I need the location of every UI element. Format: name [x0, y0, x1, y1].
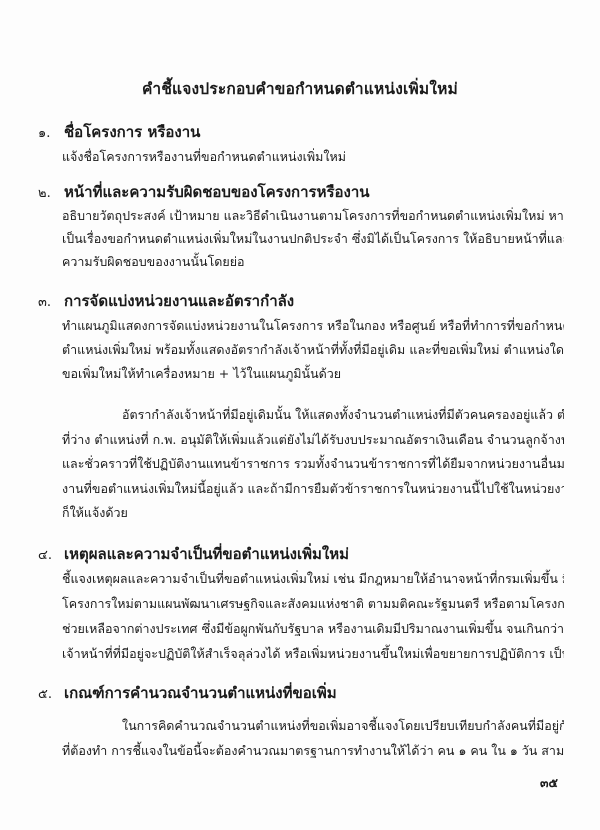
paragraph-line: เจ้าหน้าที่ที่มีอยู่จะปฏิบัติให้สำเร็จลุ… [62, 644, 564, 664]
paragraph-line: ชี้แจงเหตุผลและความจำเป็นที่ขอตำแหน่งเพิ… [62, 569, 564, 589]
paragraph-line: ขอเพิ่มใหม่ให้ทำเครื่องหมาย + ไว้ในแผนภู… [62, 364, 564, 384]
page-number: ๓๕ [540, 773, 558, 793]
section-5-heading: ๕.เกณฑ์การคำนวณจำนวนตำแหน่งที่ขอเพิ่ม [38, 681, 337, 705]
paragraph-line: ความรับผิดชอบของงานนั้นโดยย่อ [62, 252, 564, 272]
paragraph-line: แจ้งชื่อโครงการหรืองานที่ขอกำหนดตำแหน่งเ… [62, 147, 564, 167]
paragraph-line: ที่ต้องทำ การชี้แจงในข้อนี้จะต้องคำนวณมา… [62, 741, 564, 761]
section-4-heading: ๔.เหตุผลและความจำเป็นที่ขอตำแหน่งเพิ่มให… [38, 542, 349, 566]
section-1-heading: ๑.ชื่อโครงการ หรืองาน [38, 120, 200, 144]
paragraph-line: ตำแหน่งเพิ่มใหม่ พร้อมทั้งแสดงอัตรากำลัง… [62, 340, 564, 360]
section-number: ๑. [38, 122, 64, 143]
section-2-heading: ๒.หน้าที่และความรับผิดชอบของโครงการหรือง… [38, 180, 370, 204]
paragraph-line: ก็ให้แจ้งด้วย [62, 503, 564, 523]
paragraph-line: ที่ว่าง ตำแหน่งที่ ก.พ. อนุมัติให้เพิ่มแ… [62, 430, 564, 450]
paragraph-line: งานที่ขอตำแหน่งเพิ่มใหม่นี้อยู่แล้ว และถ… [62, 479, 564, 499]
section-title: การจัดแบ่งหน่วยงานและอัตรากำลัง [64, 292, 294, 310]
section-number: ๔. [38, 544, 64, 565]
section-number: ๕. [38, 683, 64, 704]
paragraph-line: ช่วยเหลือจากต่างประเทศ ซึ่งมีข้อผูกพันกั… [62, 619, 564, 639]
section-3-heading: ๓.การจัดแบ่งหน่วยงานและอัตรากำลัง [38, 289, 294, 313]
section-title: เหตุผลและความจำเป็นที่ขอตำแหน่งเพิ่มใหม่ [64, 545, 349, 563]
section-number: ๒. [38, 182, 64, 203]
paragraph-line: อัตรากำลังเจ้าหน้าที่มีอยู่เดิมนั้น ให้แ… [62, 405, 564, 425]
section-title: เกณฑ์การคำนวณจำนวนตำแหน่งที่ขอเพิ่ม [64, 684, 337, 702]
document-title: คำชี้แจงประกอบคำขอกำหนดตำแหน่งเพิ่มใหม่ [0, 76, 600, 101]
paragraph-line: ทำแผนภูมิแสดงการจัดแบ่งหน่วยงานในโครงการ… [62, 316, 564, 336]
section-title: หน้าที่และความรับผิดชอบของโครงการหรืองาน [64, 183, 370, 201]
paragraph-line: ในการคิดคำนวณจำนวนตำแหน่งที่ขอเพิ่มอาจชี… [62, 716, 564, 736]
paragraph-line: โครงการใหม่ตามแผนพัฒนาเศรษฐกิจและสังคมแห… [62, 594, 564, 614]
paragraph-line: และชั่วคราวที่ใช้ปฏิบัติงานแทนข้าราชการ … [62, 454, 564, 474]
paragraph-line: เป็นเรื่องขอกำหนดตำแหน่งเพิ่มใหม่ในงานปก… [62, 229, 564, 249]
document-page: คำชี้แจงประกอบคำขอกำหนดตำแหน่งเพิ่มใหม่ … [0, 0, 600, 830]
section-number: ๓. [38, 291, 64, 312]
section-title: ชื่อโครงการ หรืองาน [64, 123, 200, 141]
paragraph-line: อธิบายวัตถุประสงค์ เป้าหมาย และวิธีดำเนิ… [62, 206, 564, 226]
